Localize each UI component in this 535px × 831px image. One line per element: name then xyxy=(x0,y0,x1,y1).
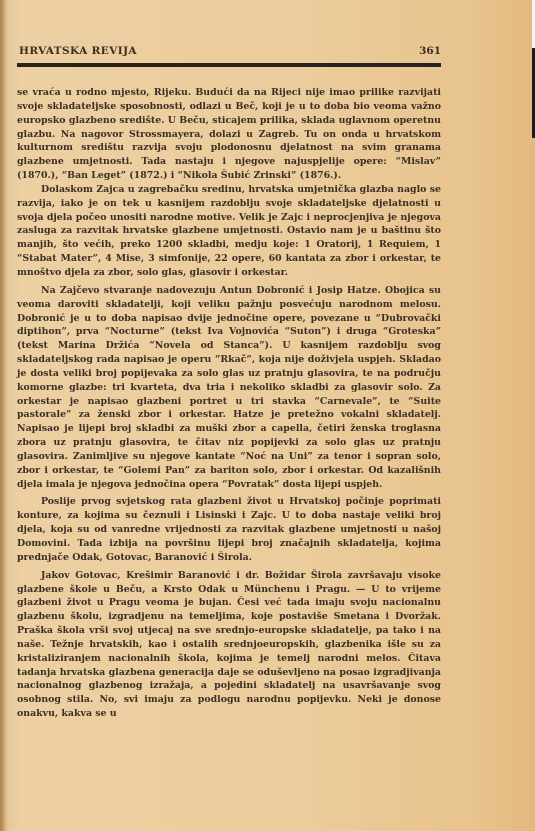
paragraph: se vraća u rodno mjesto, Rijeku. Budući … xyxy=(17,86,441,183)
running-header: HRVATSKA REVIJA 361 xyxy=(19,45,441,59)
header-rule xyxy=(17,63,441,67)
article-body: se vraća u rodno mjesto, Rijeku. Budući … xyxy=(17,86,441,721)
paragraph: Na Zajčevo stvaranje nadovezuju Antun Do… xyxy=(17,284,441,492)
paragraph: Dolaskom Zajca u zagrebačku sredinu, hrv… xyxy=(17,183,441,280)
page-gutter-shadow xyxy=(0,0,6,831)
journal-title: HRVATSKA REVIJA xyxy=(19,45,137,57)
paragraph: Jakov Gotovac, Krešimir Baranović i dr. … xyxy=(17,569,441,721)
paragraph: Poslije prvog svjetskog rata glazbeni ži… xyxy=(17,495,441,564)
page-number: 361 xyxy=(419,45,441,57)
